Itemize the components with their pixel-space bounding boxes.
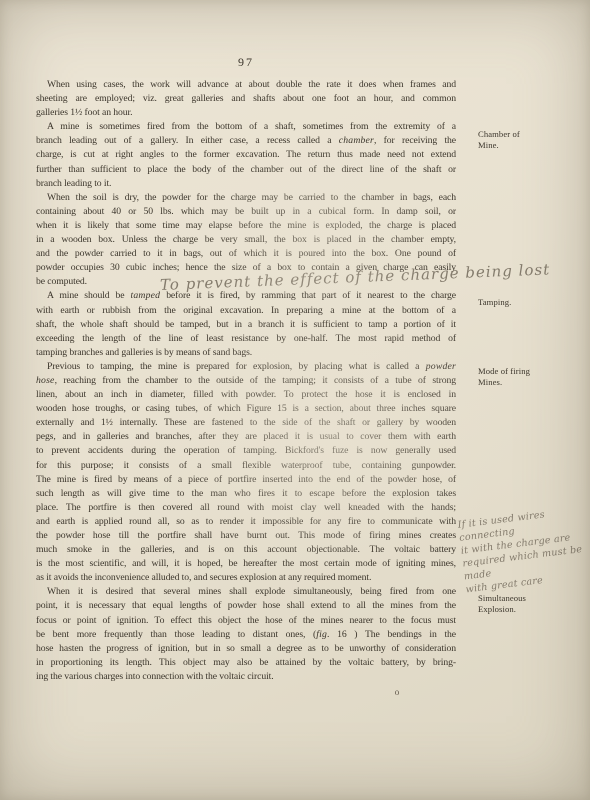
text-line: when it is likely that some time may ela… [36,219,456,233]
text-line: wooden hose troughs, or casing tubes, of… [36,402,456,416]
text-line: in a wooden box. Unless the charge be ve… [36,233,456,247]
margin-note-line: Explosion. [478,604,578,615]
text-line: hose hasten the progress of ignition, bu… [36,642,456,656]
margin-note-chamber-of-mine: Chamber ofMine. [478,129,578,150]
text-line: A mine should be tamped before it is fir… [36,289,456,303]
text-line: The mine is fired by means of a piece of… [36,473,456,487]
margin-note-tamping: Tamping. [478,297,578,308]
text-line: When it is desired that several mines sh… [36,585,456,599]
text-line: galleries 1½ foot an hour. [36,106,456,120]
margin-note-line: Mine. [478,140,578,151]
text-line: linen, about an inch in diameter, filled… [36,388,456,402]
text-line: to prevent accidents during the operatio… [36,444,456,458]
text-line: in proportioning its length. This object… [36,656,456,670]
text-line: point, it is necessary that equal length… [36,599,456,613]
margin-note-line: Mode of firing [478,366,578,377]
text-line: for this purpose; it consists of a small… [36,459,456,473]
text-line: Previous to tamping, the mine is prepare… [36,360,456,374]
page-number: 97 [36,55,456,70]
margin-note-line: Simultaneous [478,593,578,604]
text-line: branch leading to it. [36,177,456,191]
text-line: and the powder carried to it in bags, ou… [36,247,456,261]
text-line: externally and 1½ internally. These are … [36,416,456,430]
body-text: When using cases, the work will advance … [36,78,456,684]
text-line: pegs, and in galleries and branches, aft… [36,430,456,444]
margin-note-line: Mines. [478,377,578,388]
text-line: ing the various charges into connection … [36,670,456,684]
text-line: be bent more frequently than those leadi… [36,628,456,642]
text-line: as it avoids the inconvenience alluded t… [36,571,456,585]
text-line: When using cases, the work will advance … [36,78,456,92]
text-line: such length as will give time to the man… [36,487,456,501]
text-line: the powder hose till the portfire shall … [36,529,456,543]
text-line: hose, reaching from the chamber to the o… [36,374,456,388]
text-line: A mine is sometimes fired from the botto… [36,120,456,134]
handwritten-annotation-side: If it is used wires connectingit with th… [457,502,590,596]
book-page: 97 When using cases, the work will advan… [0,0,590,800]
text-line: tamping branches and galleries is by mea… [36,346,456,360]
text-line: When the soil is dry, the powder for the… [36,191,456,205]
margin-note-line: Tamping. [478,297,578,308]
text-line: branch leading out of a gallery. In eith… [36,134,456,148]
text-line: sheeting are employed; viz. great galler… [36,92,456,106]
text-line: charge, is cut at right angles to the fo… [36,148,456,162]
text-line: is the most scientific, and will, it is … [36,557,456,571]
text-line: place. The portfire is then covered all … [36,501,456,515]
text-line: focus or point of ignition. To effect th… [36,614,456,628]
signature-mark: o [390,687,404,697]
margin-note-simultaneous-explosion: SimultaneousExplosion. [478,593,578,614]
margin-note-line: Chamber of [478,129,578,140]
text-line: containing about 40 or 50 lbs. which may… [36,205,456,219]
text-line: with earth or rubbish from the original … [36,304,456,318]
text-line: shaft, the whole shaft should be tamped,… [36,318,456,332]
text-line: much smoke in the galleries, and is on t… [36,543,456,557]
text-line: further than sufficient to place the bod… [36,163,456,177]
margin-note-mode-of-firing: Mode of firingMines. [478,366,578,387]
text-line: and earth is applied round all, so as to… [36,515,456,529]
text-line: exceeding the length of the line of leas… [36,332,456,346]
